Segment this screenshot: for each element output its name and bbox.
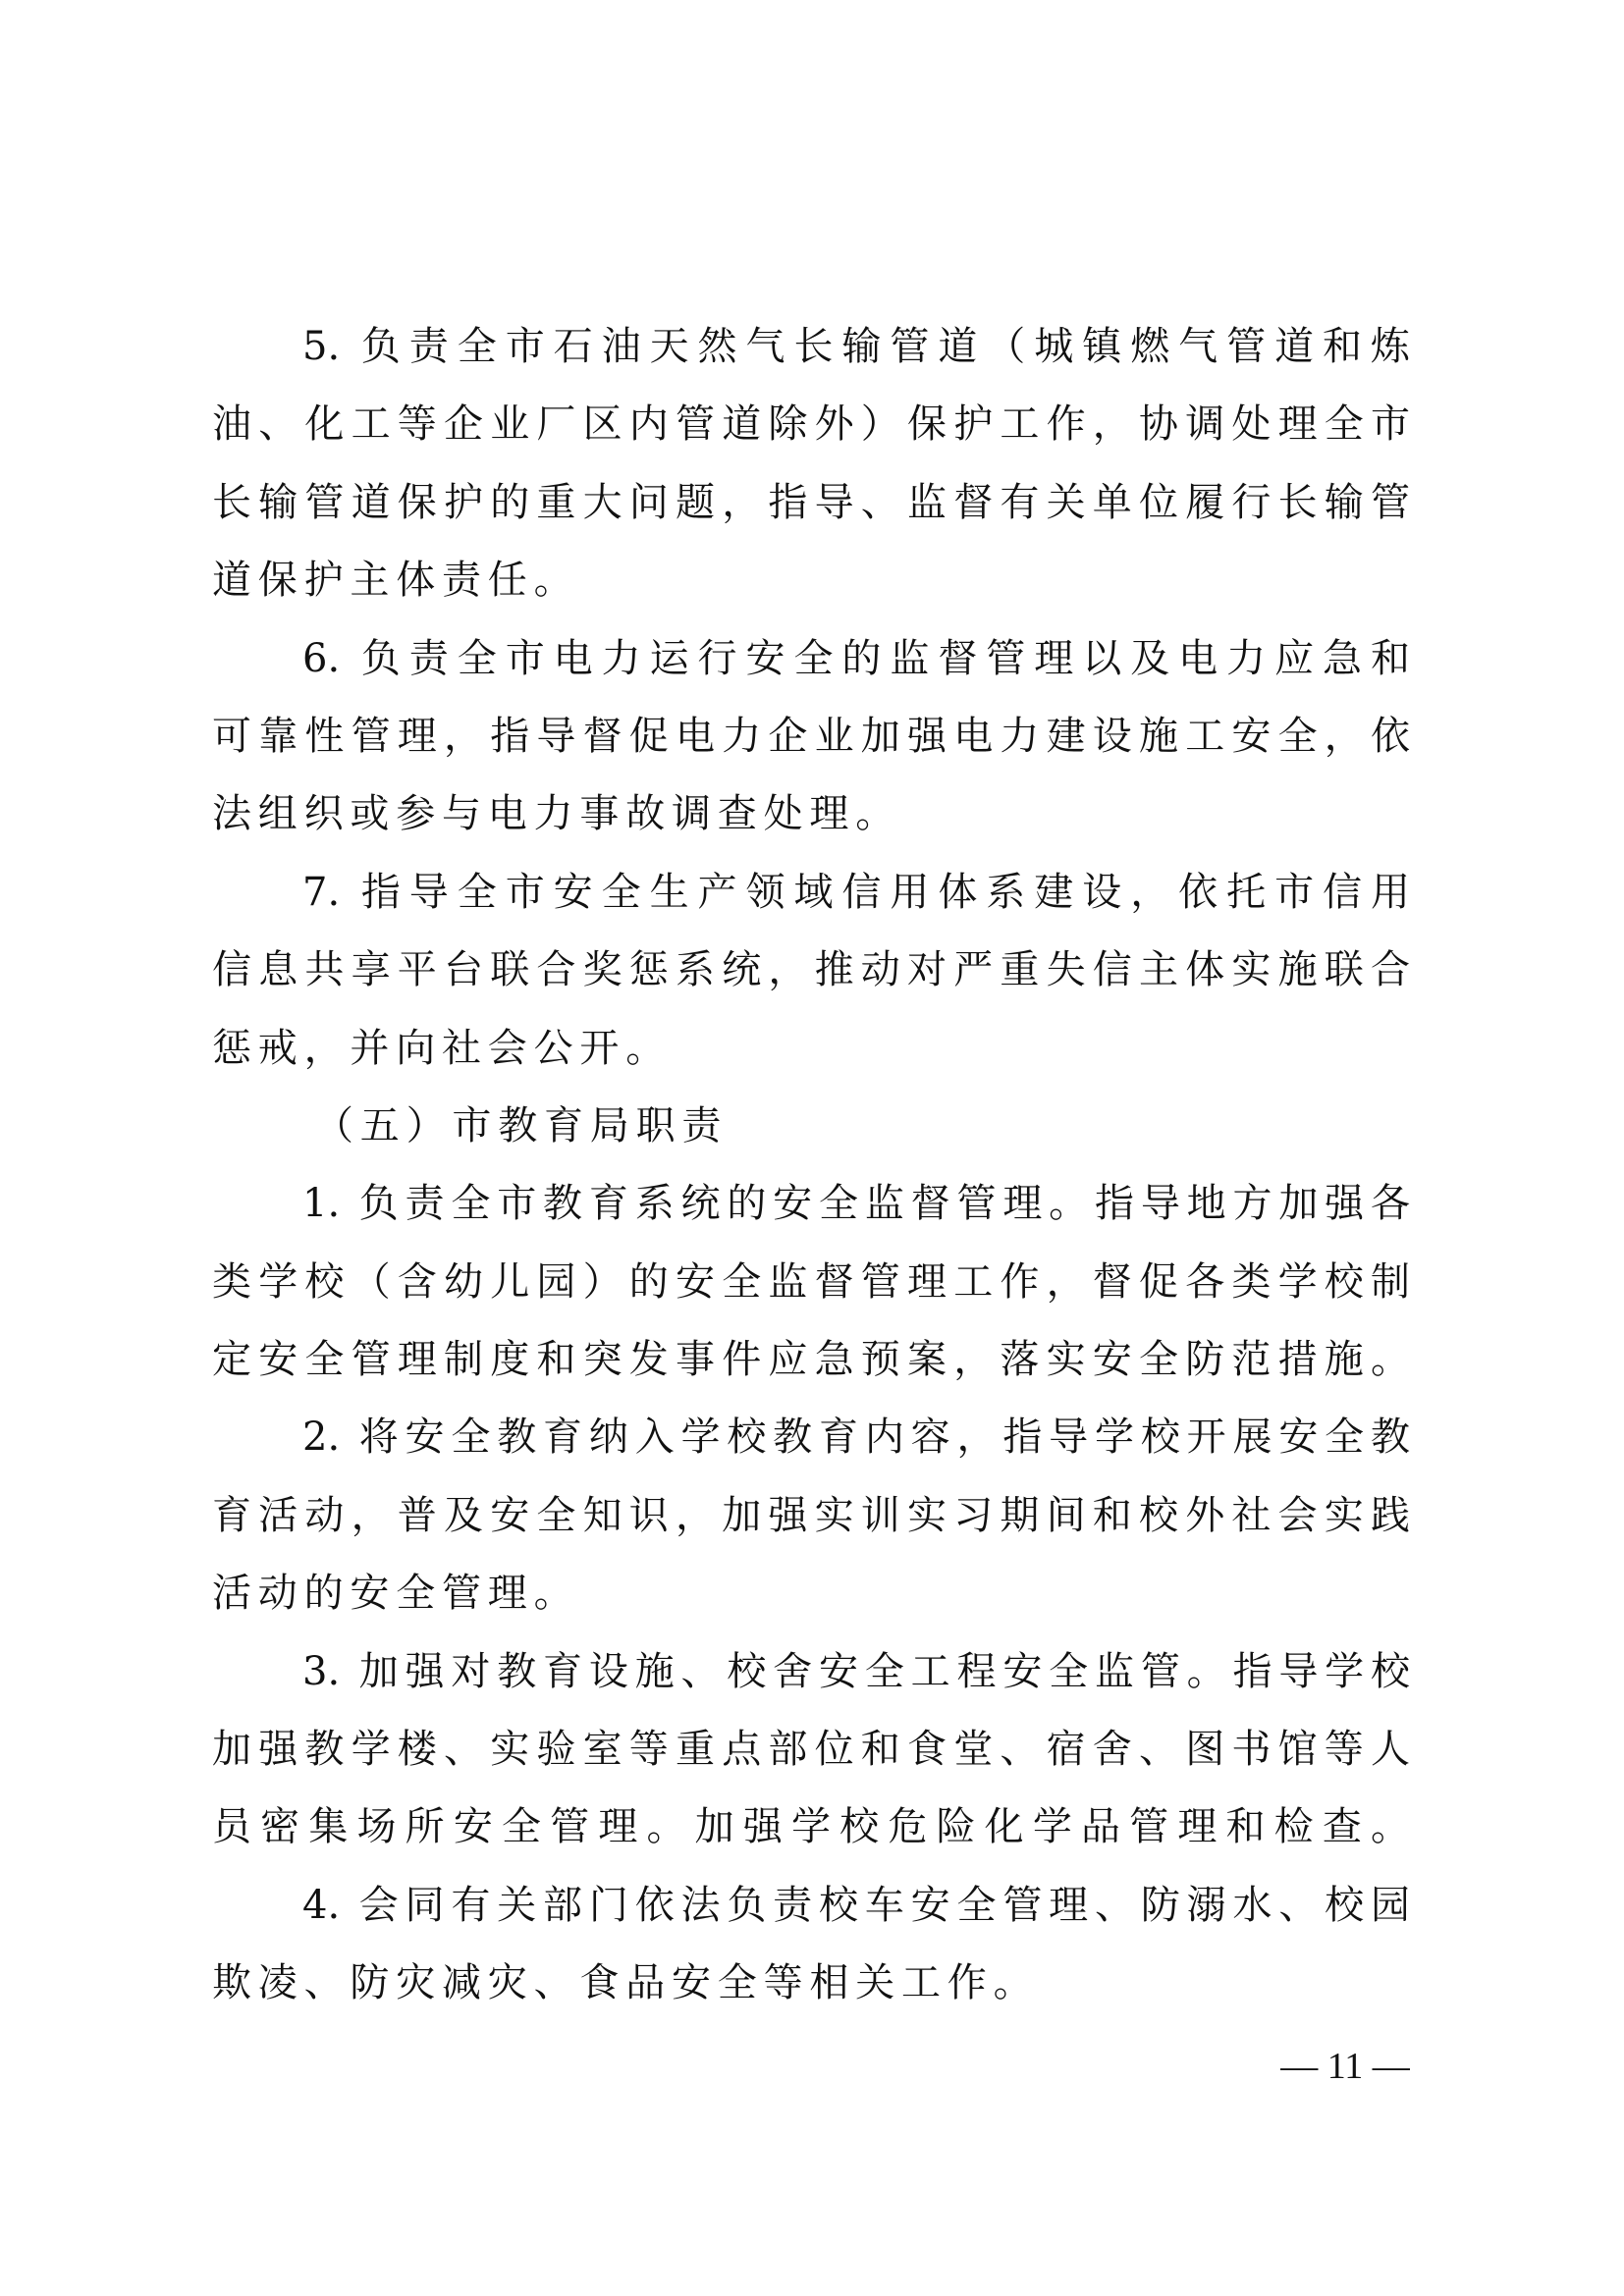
text-line: 加强教学楼、实验室等重点部位和食堂、宿舍、图书馆等人 <box>212 1711 1410 1789</box>
paragraph-edu-item-4: 4. 会同有关部门依法负责校车安全管理、防溺水、校园 欺凌、防灾减灾、食品安全等… <box>212 1867 1410 2023</box>
text-line: 长输管道保护的重大问题，指导、监督有关单位履行长输管 <box>212 464 1410 542</box>
text-line: 7. 指导全市安全生产领域信用体系建设，依托市信用 <box>212 854 1410 932</box>
paragraph-edu-item-1: 1. 负责全市教育系统的安全监督管理。指导地方加强各 类学校（含幼儿园）的安全监… <box>212 1165 1410 1399</box>
text-line: 育活动，普及安全知识，加强实训实习期间和校外社会实践 <box>212 1477 1410 1555</box>
text-line: 欺凌、防灾减灾、食品安全等相关工作。 <box>212 1945 1410 2022</box>
text-line: 1. 负责全市教育系统的安全监督管理。指导地方加强各 <box>212 1165 1410 1243</box>
text-line: 5. 负责全市石油天然气长输管道（城镇燃气管道和炼 <box>212 308 1410 386</box>
body-text: 5. 负责全市石油天然气长输管道（城镇燃气管道和炼 油、化工等企业厂区内管道除外… <box>212 308 1410 2023</box>
paragraph-item-6: 6. 负责全市电力运行安全的监督管理以及电力应急和 可靠性管理，指导督促电力企业… <box>212 620 1410 854</box>
text-line: 道保护主体责任。 <box>212 542 1410 619</box>
paragraph-item-5: 5. 负责全市石油天然气长输管道（城镇燃气管道和炼 油、化工等企业厂区内管道除外… <box>212 308 1410 620</box>
text-line: 2. 将安全教育纳入学校教育内容，指导学校开展安全教 <box>212 1399 1410 1476</box>
text-line: 6. 负责全市电力运行安全的监督管理以及电力应急和 <box>212 620 1410 698</box>
section-heading: （五）市教育局职责 <box>212 1088 1410 1165</box>
text-line: 活动的安全管理。 <box>212 1555 1410 1632</box>
text-line: 油、化工等企业厂区内管道除外）保护工作，协调处理全市 <box>212 386 1410 463</box>
text-line: 可靠性管理，指导督促电力企业加强电力建设施工安全，依 <box>212 698 1410 775</box>
text-line: 3. 加强对教育设施、校舍安全工程安全监管。指导学校 <box>212 1633 1410 1711</box>
text-line: 类学校（含幼儿园）的安全监督管理工作，督促各类学校制 <box>212 1244 1410 1321</box>
paragraph-edu-item-2: 2. 将安全教育纳入学校教育内容，指导学校开展安全教 育活动，普及安全知识，加强… <box>212 1399 1410 1632</box>
document-page: 5. 负责全市石油天然气长输管道（城镇燃气管道和炼 油、化工等企业厂区内管道除外… <box>0 0 1624 2296</box>
page-number: — 11 — <box>1267 2044 1424 2089</box>
text-line: 信息共享平台联合奖惩系统，推动对严重失信主体实施联合 <box>212 932 1410 1009</box>
text-line: 4. 会同有关部门依法负责校车安全管理、防溺水、校园 <box>212 1867 1410 1945</box>
text-line: 惩戒，并向社会公开。 <box>212 1010 1410 1088</box>
section-heading-education-bureau: （五）市教育局职责 <box>212 1088 1410 1165</box>
paragraph-edu-item-3: 3. 加强对教育设施、校舍安全工程安全监管。指导学校 加强教学楼、实验室等重点部… <box>212 1633 1410 1867</box>
text-line: 定安全管理制度和突发事件应急预案，落实安全防范措施。 <box>212 1321 1410 1399</box>
text-line: 员密集场所安全管理。加强学校危险化学品管理和检查。 <box>212 1789 1410 1866</box>
text-line: 法组织或参与电力事故调查处理。 <box>212 775 1410 853</box>
paragraph-item-7: 7. 指导全市安全生产领域信用体系建设，依托市信用 信息共享平台联合奖惩系统，推… <box>212 854 1410 1088</box>
